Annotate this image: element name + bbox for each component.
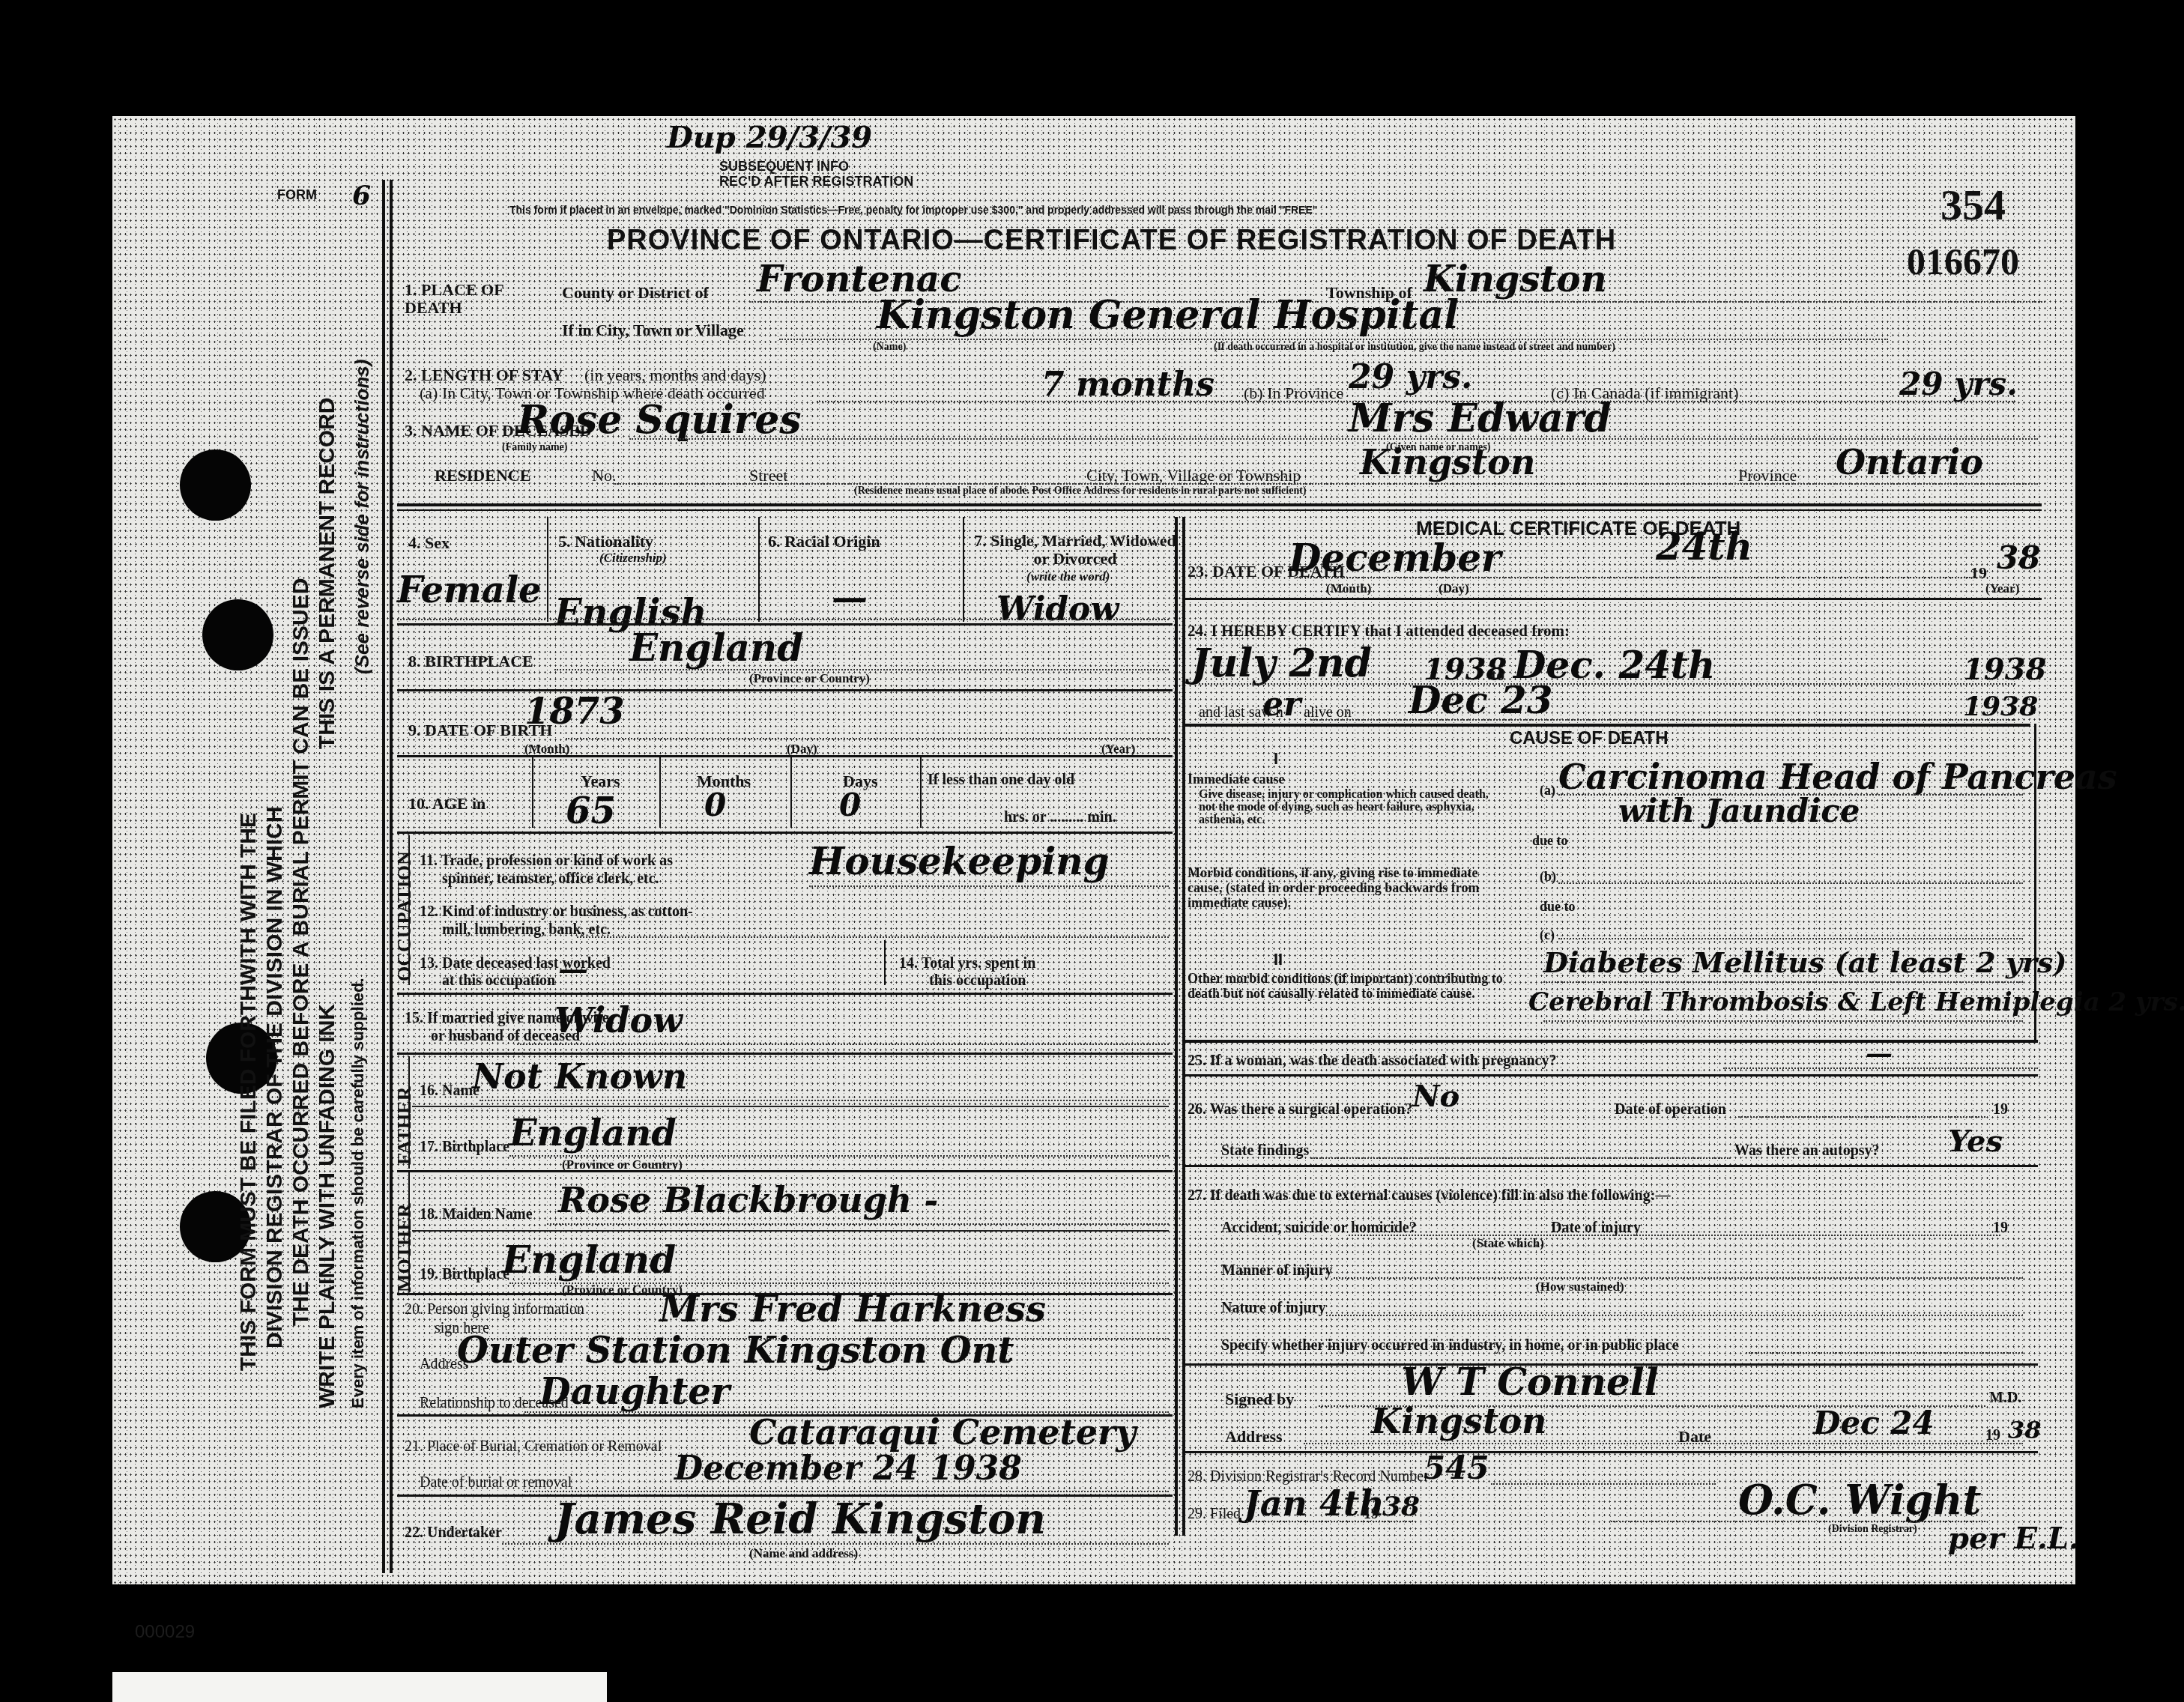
nationality-label: 5. Nationality [558,532,653,551]
burial-date-dots [524,1491,1169,1492]
q25-value: — [1866,1038,1893,1069]
burial-date-label: Date of burial or removal [420,1474,572,1491]
row-divider [412,1230,1169,1232]
sig-date-value: Dec 24 [1813,1405,1935,1441]
stamp-line2: REC'D AFTER REGISTRATION [719,174,913,190]
punch-hole-icon [180,449,251,521]
margin-instruction-1: THIS FORM MUST BE FILED FORTHWITH WITH T… [236,813,261,1371]
racial-origin-value: — [832,577,868,619]
spouse-value: Widow [554,1000,683,1041]
q26-year-prefix: 19 [1993,1101,2008,1118]
total-years-label-2: this occupation [929,972,1026,990]
age-months-value: 0 [704,787,726,823]
accident-caption: (State which) [1472,1236,1544,1251]
informant-address-value: Outer Station Kingston Ont [457,1330,1014,1372]
q25-label: 25. If a woman, was the death associated… [1188,1053,1556,1070]
margin-instruction-2: DIVISION REGISTRAR OF THE DIVISION IN WH… [262,807,288,1348]
birthplace-dots [554,669,1169,670]
cell-divider [920,757,922,828]
margin-instruction-7: (See reverse side for instructions) [351,360,374,674]
other-condition-2: Cerebral Thrombosis & Left Hemiplegia 2 … [1528,987,2184,1017]
cause-b-prefix: (b) [1540,869,1556,885]
immediate-cause-help: Give disease, injury or complication whi… [1199,788,1506,826]
column-divider-inner [1182,517,1185,1536]
last-saw-suffix: er [1262,685,1301,724]
father-name-value: Not Known [472,1056,687,1097]
hospital-caption: (If death occurred in a hospital or inst… [1214,342,1615,354]
cell-divider [758,517,760,622]
dob-value: 1873 [524,691,625,733]
cause-a-prefix: (a) [1540,783,1555,799]
film-code: 000029 [135,1622,195,1643]
birthplace-label: 8. BIRTHPLACE [408,652,533,671]
attended-from: July 2nd [1191,640,1372,686]
state-findings-label: State findings [1221,1142,1309,1160]
father-birthplace-dots [509,1155,1169,1157]
stay-canada-value: 29 yrs. [1899,366,2018,402]
due-to-1: due to [1532,833,1568,849]
sig-year-value: 38 [2008,1416,2042,1444]
mother-birthplace-value: England [502,1238,676,1282]
place-of-death-label: 1. PLACE OF DEATH [405,281,509,317]
section-bracket [408,1056,410,1169]
spouse-dots [517,1044,1169,1045]
city-label: If in City, Town or Village [562,321,744,340]
length-of-stay-label: 2. LENGTH OF STAY [405,366,563,385]
residence-dots [614,483,2038,485]
sheet-number: 354 [1941,180,2006,230]
undertaker-caption: (Name and address) [749,1546,858,1561]
burial-place-value: Cataraqui Cemetery [749,1412,1136,1453]
trade-label-1: 11. Trade, profession or kind of work as [420,852,673,870]
roman-one: I [1274,749,1278,769]
mother-maiden-label: 18. Maiden Name [420,1206,533,1223]
q26-date-label: Date of operation [1615,1101,1726,1118]
stay-province-value: 29 yrs. [1349,358,1472,396]
registrar-signature: O.C. Wight [1738,1476,1981,1524]
section-bracket [408,835,410,985]
punch-hole-icon [202,599,273,670]
last-worked-value: — [558,951,588,987]
alive-on-dots [1311,719,2015,721]
burial-date-value: December 24 1938 [674,1450,1022,1488]
form-left-border [382,180,385,1573]
marital-status-label: 7. Single, Married, Widowed or Divorced [974,532,1176,568]
row-divider [1184,1165,2038,1167]
alive-on-value: Dec 23 [1409,678,1553,722]
dod-dots [1296,577,1970,578]
nature-label: Nature of injury [1221,1300,1326,1317]
sig-address-value: Kingston [1371,1401,1546,1441]
margin-instruction-6: Every item of information should be care… [348,978,368,1408]
name-caption: (Name) [873,342,906,354]
dod-year-caption: (Year) [1985,581,2019,596]
q26-value: No [1412,1079,1459,1114]
mother-maiden-value: Rose Blackbrough - [558,1180,938,1220]
registration-number: 016670 [1907,240,2019,283]
attended-to-year: 1938 [1963,652,2046,687]
manner-label: Manner of injury [1221,1262,1333,1279]
signed-by-label: Signed by [1225,1390,1294,1409]
dod-month: December [1289,536,1501,580]
birthplace-caption: (Province or Country) [749,671,870,686]
registrar-dots [1611,1521,1985,1522]
roman-two: II [1274,950,1283,969]
column-divider [1175,517,1178,1536]
total-years-label-1: 14. Total yrs. spent in [899,955,1035,972]
cause-c-dots [1558,938,2023,939]
cell-divider [963,517,964,622]
cause-a-line2: with Jaundice [1618,793,1860,829]
city-dots [779,339,1888,340]
other-condition-1: Diabetes Mellitus (at least 2 yrs) [1543,945,2066,979]
form-number: 6 [352,180,371,211]
other-dots-2 [1543,1020,2023,1022]
cause-b-dots [1558,882,2023,884]
dod-year: 38 [1997,539,2040,576]
mother-birthplace-label: 19. Birthplace [420,1266,509,1283]
occupation-section-label: OCCUPATION [393,851,416,981]
margin-instruction-3: THE DEATH OCCURRED BEFORE A BURIAL PERMI… [288,578,314,1326]
filed-label: 29. Filed [1188,1506,1241,1523]
postal-notice: This form if placed in an envelope, mark… [509,204,1828,216]
md-label: M.D. [1989,1390,2021,1407]
father-section-label: FATHER [393,1087,416,1165]
undertaker-label: 22. Undertaker [405,1524,502,1542]
informant-label-1: 20. Person giving information [405,1301,584,1318]
city-value: Kingston General Hospital [877,292,1459,338]
stamp-handwritten: Dup 29/3/39 [667,120,872,155]
autopsy-label: Was there an autopsy? [1734,1142,1880,1160]
deceased-dots [629,438,2038,440]
due-to-2: due to [1540,899,1576,915]
sig-address-label: Address [1225,1427,1283,1447]
immediate-cause-label: Immediate cause [1188,772,1284,787]
age-years-value: 65 [566,790,616,832]
father-name-dots [480,1100,1169,1101]
q25-dots [1723,1067,2038,1069]
q26-label: 26. Was there a surgical operation? [1188,1101,1412,1118]
registrar-caption: (Division Registrar) [1828,1524,1917,1536]
morbid-conditions-label: Morbid conditions, if any, giving rise t… [1188,865,1506,910]
dob-dots [566,738,1169,739]
row-divider [397,1053,1173,1055]
row-dots [397,619,1169,620]
accident-dots [1349,1235,2000,1236]
row-divider [397,1170,1173,1172]
findings-dots [1311,1157,1731,1159]
specify-label: Specify whether injury occurred in indus… [1221,1337,1679,1354]
row-divider [397,689,1173,691]
county-label: County or District of [562,283,709,303]
residence-caption: (Residence means usual place of abode. P… [854,485,1307,497]
other-dots-1 [1543,981,2023,983]
length-of-stay-caption: (in years, months and days) [584,366,766,385]
cell-divider [532,757,533,828]
row-divider [1184,1451,2038,1453]
marital-caption: (write the word) [1026,569,1110,584]
cell-divider [547,517,548,622]
row-divider [412,1106,1169,1107]
residence-province-value: Ontario [1836,442,1983,482]
registrar-signature-per: per E.L. [1948,1521,2079,1556]
father-birthplace-value: England [509,1112,677,1154]
margin-instruction-5: THIS IS A PERMANENT RECORD [315,398,340,749]
dod-month-caption: (Month) [1326,581,1371,596]
sex-value: Female [397,569,542,611]
dod-year-prefix: 19 [1970,563,1987,583]
row-divider [1184,1040,2038,1043]
burial-place-label: 21. Place of Burial, Cremation or Remova… [405,1438,662,1456]
certify-dots [1199,683,2015,685]
dod-day: 24th [1656,524,1752,569]
stay-city-value: 7 months [1041,366,1214,404]
lower-paper-strip [112,1672,607,1702]
deceased-given-names: Mrs Edward [1349,396,1612,441]
industry-dots [577,936,1169,938]
sex-label: 4. Sex [408,533,450,553]
cause-a-line1: Carcinoma Head of Pancreas [1558,757,2117,797]
sig-year-prefix: 19 [1985,1427,2000,1444]
other-conditions-label: Other morbid conditions (if important) c… [1188,971,1510,1001]
industry-label-1: 12. Kind of industry or business, as cot… [420,903,693,921]
age-less-than-day-label: If less than one day old [928,772,1074,789]
alive-on-year: 1938 [1963,691,2038,722]
informant-value: Mrs Fred Harkness [659,1288,1046,1330]
sig-address-dots [1304,1443,2023,1444]
section-divider [397,503,2042,506]
racial-origin-label: 6. Racial Origin [768,532,880,551]
form-label: FORM [277,187,317,203]
age-years-label: Years [581,772,620,791]
trade-value: Housekeeping [809,839,1109,883]
section-divider-thin [397,509,2042,511]
row-divider [397,832,1173,834]
certificate-title: PROVINCE OF ONTARIO—CERTIFICATE OF REGIS… [607,225,1616,257]
stay-province-label: (b) In Province [1244,384,1343,403]
nature-dots [1326,1315,2023,1316]
township-dots [1424,301,2045,303]
age-days-value: 0 [839,787,861,823]
q26-dots [1738,1116,1985,1118]
row-divider [1184,724,2030,727]
dod-day-caption: (Day) [1439,581,1469,596]
specify-dots [1746,1352,2023,1354]
relationship-value: Daughter [539,1371,730,1413]
mother-maiden-dots [547,1223,1169,1225]
family-name-caption: (Family name) [502,442,567,454]
trade-dots [809,885,1169,887]
margin-instruction-4: WRITE PLAINLY WITH UNFADING INK [315,1004,340,1408]
cell-divider [884,940,886,985]
nationality-caption: (Citizenship) [599,551,667,566]
dob-year-caption: (Year) [1101,742,1135,757]
deceased-family-name: Rose Squires [517,397,802,443]
birthplace-value: England [629,626,803,670]
row-divider [1184,1074,2038,1076]
age-label: 10. AGE in [408,794,485,814]
cell-divider [659,757,661,828]
cell-divider [790,757,792,828]
age-hrs-min: hrs. or ......... min. [1004,809,1116,826]
undertaker-dots [502,1543,1169,1545]
record-number-value: 545 [1424,1450,1489,1486]
q27-label: 27. If death was due to external causes … [1188,1187,1670,1205]
manner-dots [1334,1277,2023,1279]
cause-heading: CAUSE OF DEATH [1510,728,1669,749]
record-dots [1491,1483,1716,1485]
certify-label: 24. I HEREBY CERTIFY that I attended dec… [1188,622,1570,640]
filed-year: 38 [1382,1491,1420,1522]
filed-dots [1244,1521,1416,1522]
cause-c-prefix: (c) [1540,927,1555,943]
autopsy-value: Yes [1948,1124,2003,1159]
stamp-line1: SUBSEQUENT INFO [719,159,849,175]
trade-label-2: spinner, teamster, office clerk, etc. [442,870,659,888]
residence-no-label: No. [592,466,616,485]
row-divider [397,755,1173,757]
row-divider [1184,598,2042,600]
dob-month-caption: (Month) [524,742,569,757]
residence-city-value: Kingston [1360,442,1535,482]
undertaker-value: James Reid Kingston [554,1494,1046,1544]
form-left-border-inner [390,180,393,1573]
row-divider [397,993,1173,995]
last-worked-label-2: at this occupation [442,972,555,990]
section-bracket [408,1172,410,1292]
father-name-label: 16. Name [420,1082,480,1100]
dob-day-caption: (Day) [787,742,817,757]
residence-label: RESIDENCE [435,466,530,485]
father-birthplace-label: 17. Birthplace [420,1139,509,1156]
manner-caption: (How sustained) [1536,1279,1624,1294]
signed-by-value: W T Connell [1401,1360,1659,1404]
mother-section-label: MOTHER [393,1204,416,1292]
